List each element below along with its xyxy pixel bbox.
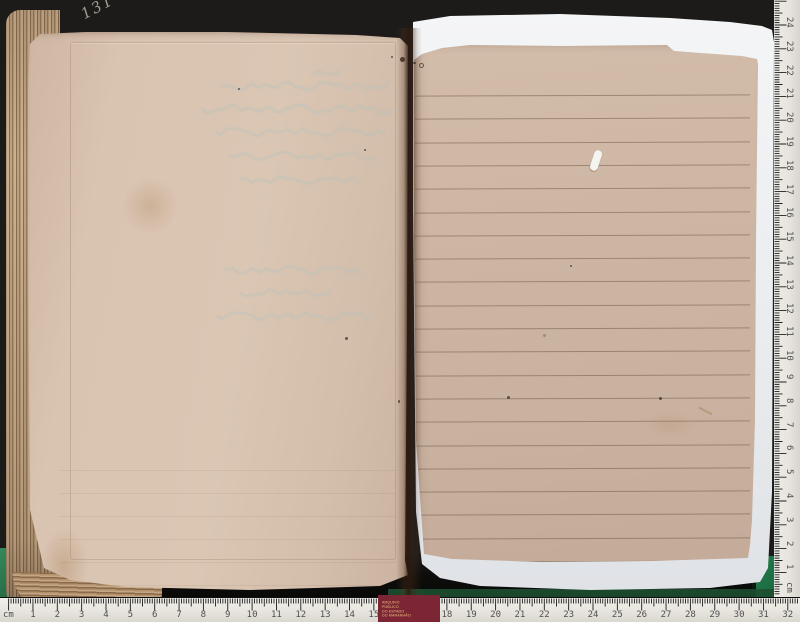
ink-speck [364, 149, 366, 151]
ruler-number: 24 [588, 610, 599, 620]
folio-inscription: 131 [78, 0, 117, 23]
ruler-number: 4 [784, 493, 794, 509]
ruled-line [415, 234, 750, 236]
ruler-number: 2 [55, 610, 60, 620]
ruler-number: 25 [612, 610, 623, 620]
ruled-line [415, 211, 750, 213]
ink-speck [238, 88, 240, 90]
ruler-number: 7 [176, 610, 181, 620]
ruler-number: 21 [784, 88, 794, 104]
green-felt-sliver [388, 589, 776, 597]
ruler-unit-label: cm [784, 582, 794, 598]
ruler-number: 23 [784, 41, 794, 57]
ruler-number: 14 [784, 255, 794, 271]
ruler-number: 3 [784, 517, 794, 533]
ruler-number: 15 [784, 231, 794, 247]
ruler-number: 9 [784, 374, 794, 390]
right-page-ruled [412, 40, 760, 568]
ruled-line [415, 444, 750, 446]
logo-text-line: PÚBLICO [382, 604, 411, 608]
ruler-number: 22 [784, 65, 794, 81]
ruled-line [415, 537, 750, 539]
ruled-line [415, 281, 750, 283]
ruled-line [415, 397, 750, 399]
ruler-number: 19 [466, 610, 477, 620]
ruler-number: 1 [784, 564, 794, 580]
ruler-number: 7 [784, 422, 794, 438]
ruler-number: 6 [784, 445, 794, 461]
ruler-number: 30 [734, 610, 745, 620]
ink-speck [345, 337, 348, 340]
ruler-number: 3 [79, 610, 84, 620]
logo-text-line: ARQUIVO [382, 600, 411, 604]
ruler-number: 18 [784, 160, 794, 176]
ink-speck [391, 56, 393, 58]
ruler-number: 23 [563, 610, 574, 620]
ruler-number: 20 [784, 112, 794, 128]
ruled-line [415, 118, 750, 120]
ruler-number: 14 [344, 610, 355, 620]
ruler-number: 16 [784, 207, 794, 223]
ink-speck [507, 396, 510, 399]
ruler-number: 10 [247, 610, 258, 620]
ruler-number: 5 [128, 610, 133, 620]
ruled-line [415, 304, 750, 306]
ruler-number: 4 [103, 610, 108, 620]
ink-speck [570, 265, 572, 267]
ruled-line [415, 94, 750, 96]
ink-speck [413, 62, 416, 64]
ruler-number: 11 [271, 610, 282, 620]
ruler-number: 17 [784, 184, 794, 200]
ruler-number: 10 [784, 350, 794, 366]
ruler-number: 29 [709, 610, 720, 620]
ruled-line [415, 258, 750, 260]
ruled-line [415, 421, 750, 423]
ruler-number: 20 [490, 610, 501, 620]
ruler-number: 9 [225, 610, 230, 620]
right-ruler-cm: 242322212019181716151413121110987654321c… [774, 0, 800, 597]
ruler-number: 32 [782, 610, 793, 620]
ruler-number: 31 [758, 610, 769, 620]
ruled-line [415, 467, 750, 469]
logo-text-line: DO MARANHÃO [382, 613, 411, 617]
ruler-number: 21 [515, 610, 526, 620]
ruler-number: 12 [295, 610, 306, 620]
scan-scene: 131 242322212019181716151413121110987654… [0, 0, 800, 622]
paper-streak [698, 407, 712, 416]
ruler-number: 12 [784, 303, 794, 319]
ruled-line [415, 141, 750, 143]
ruler-number: 22 [539, 610, 550, 620]
ruler-number: 19 [784, 136, 794, 152]
smudge-speck [543, 334, 546, 337]
ruler-number: 8 [784, 398, 794, 414]
left-page [26, 30, 408, 604]
ink-ring [419, 63, 424, 68]
ink-blot [400, 57, 405, 62]
logo-text-line: DO ESTADO [382, 609, 411, 613]
ruled-line [415, 351, 750, 353]
ruler-number: 11 [784, 326, 794, 342]
paper-tear-spot [589, 149, 603, 171]
paper-stain [642, 412, 698, 438]
ruler-number: 2 [784, 541, 794, 557]
ink-speck [659, 397, 662, 400]
ruler-number: 24 [784, 17, 794, 33]
archive-logo: ARQUIVO PÚBLICO DO ESTADO DO MARANHÃO [378, 595, 440, 622]
ruler-number: 18 [441, 610, 452, 620]
ruled-line [415, 188, 750, 190]
ruler-unit-label: cm [3, 610, 14, 620]
ruled-line [415, 374, 750, 376]
ruler-number: 6 [152, 610, 157, 620]
ruler-number: 8 [201, 610, 206, 620]
ruled-line [415, 327, 750, 329]
handwriting-showthrough [26, 30, 408, 604]
ruled-line [415, 164, 750, 166]
ruler-number: 5 [784, 469, 794, 485]
ruler-number: 13 [320, 610, 331, 620]
archive-logo-text: ARQUIVO PÚBLICO DO ESTADO DO MARANHÃO [382, 600, 411, 617]
book-gutter [396, 28, 422, 598]
ruler-number: 26 [636, 610, 647, 620]
ruled-line [415, 491, 750, 493]
ruled-line [415, 514, 750, 516]
ruler-number: 1 [30, 610, 35, 620]
ruler-number: 27 [661, 610, 672, 620]
ruler-number: 13 [784, 279, 794, 295]
ruler-number: 28 [685, 610, 696, 620]
